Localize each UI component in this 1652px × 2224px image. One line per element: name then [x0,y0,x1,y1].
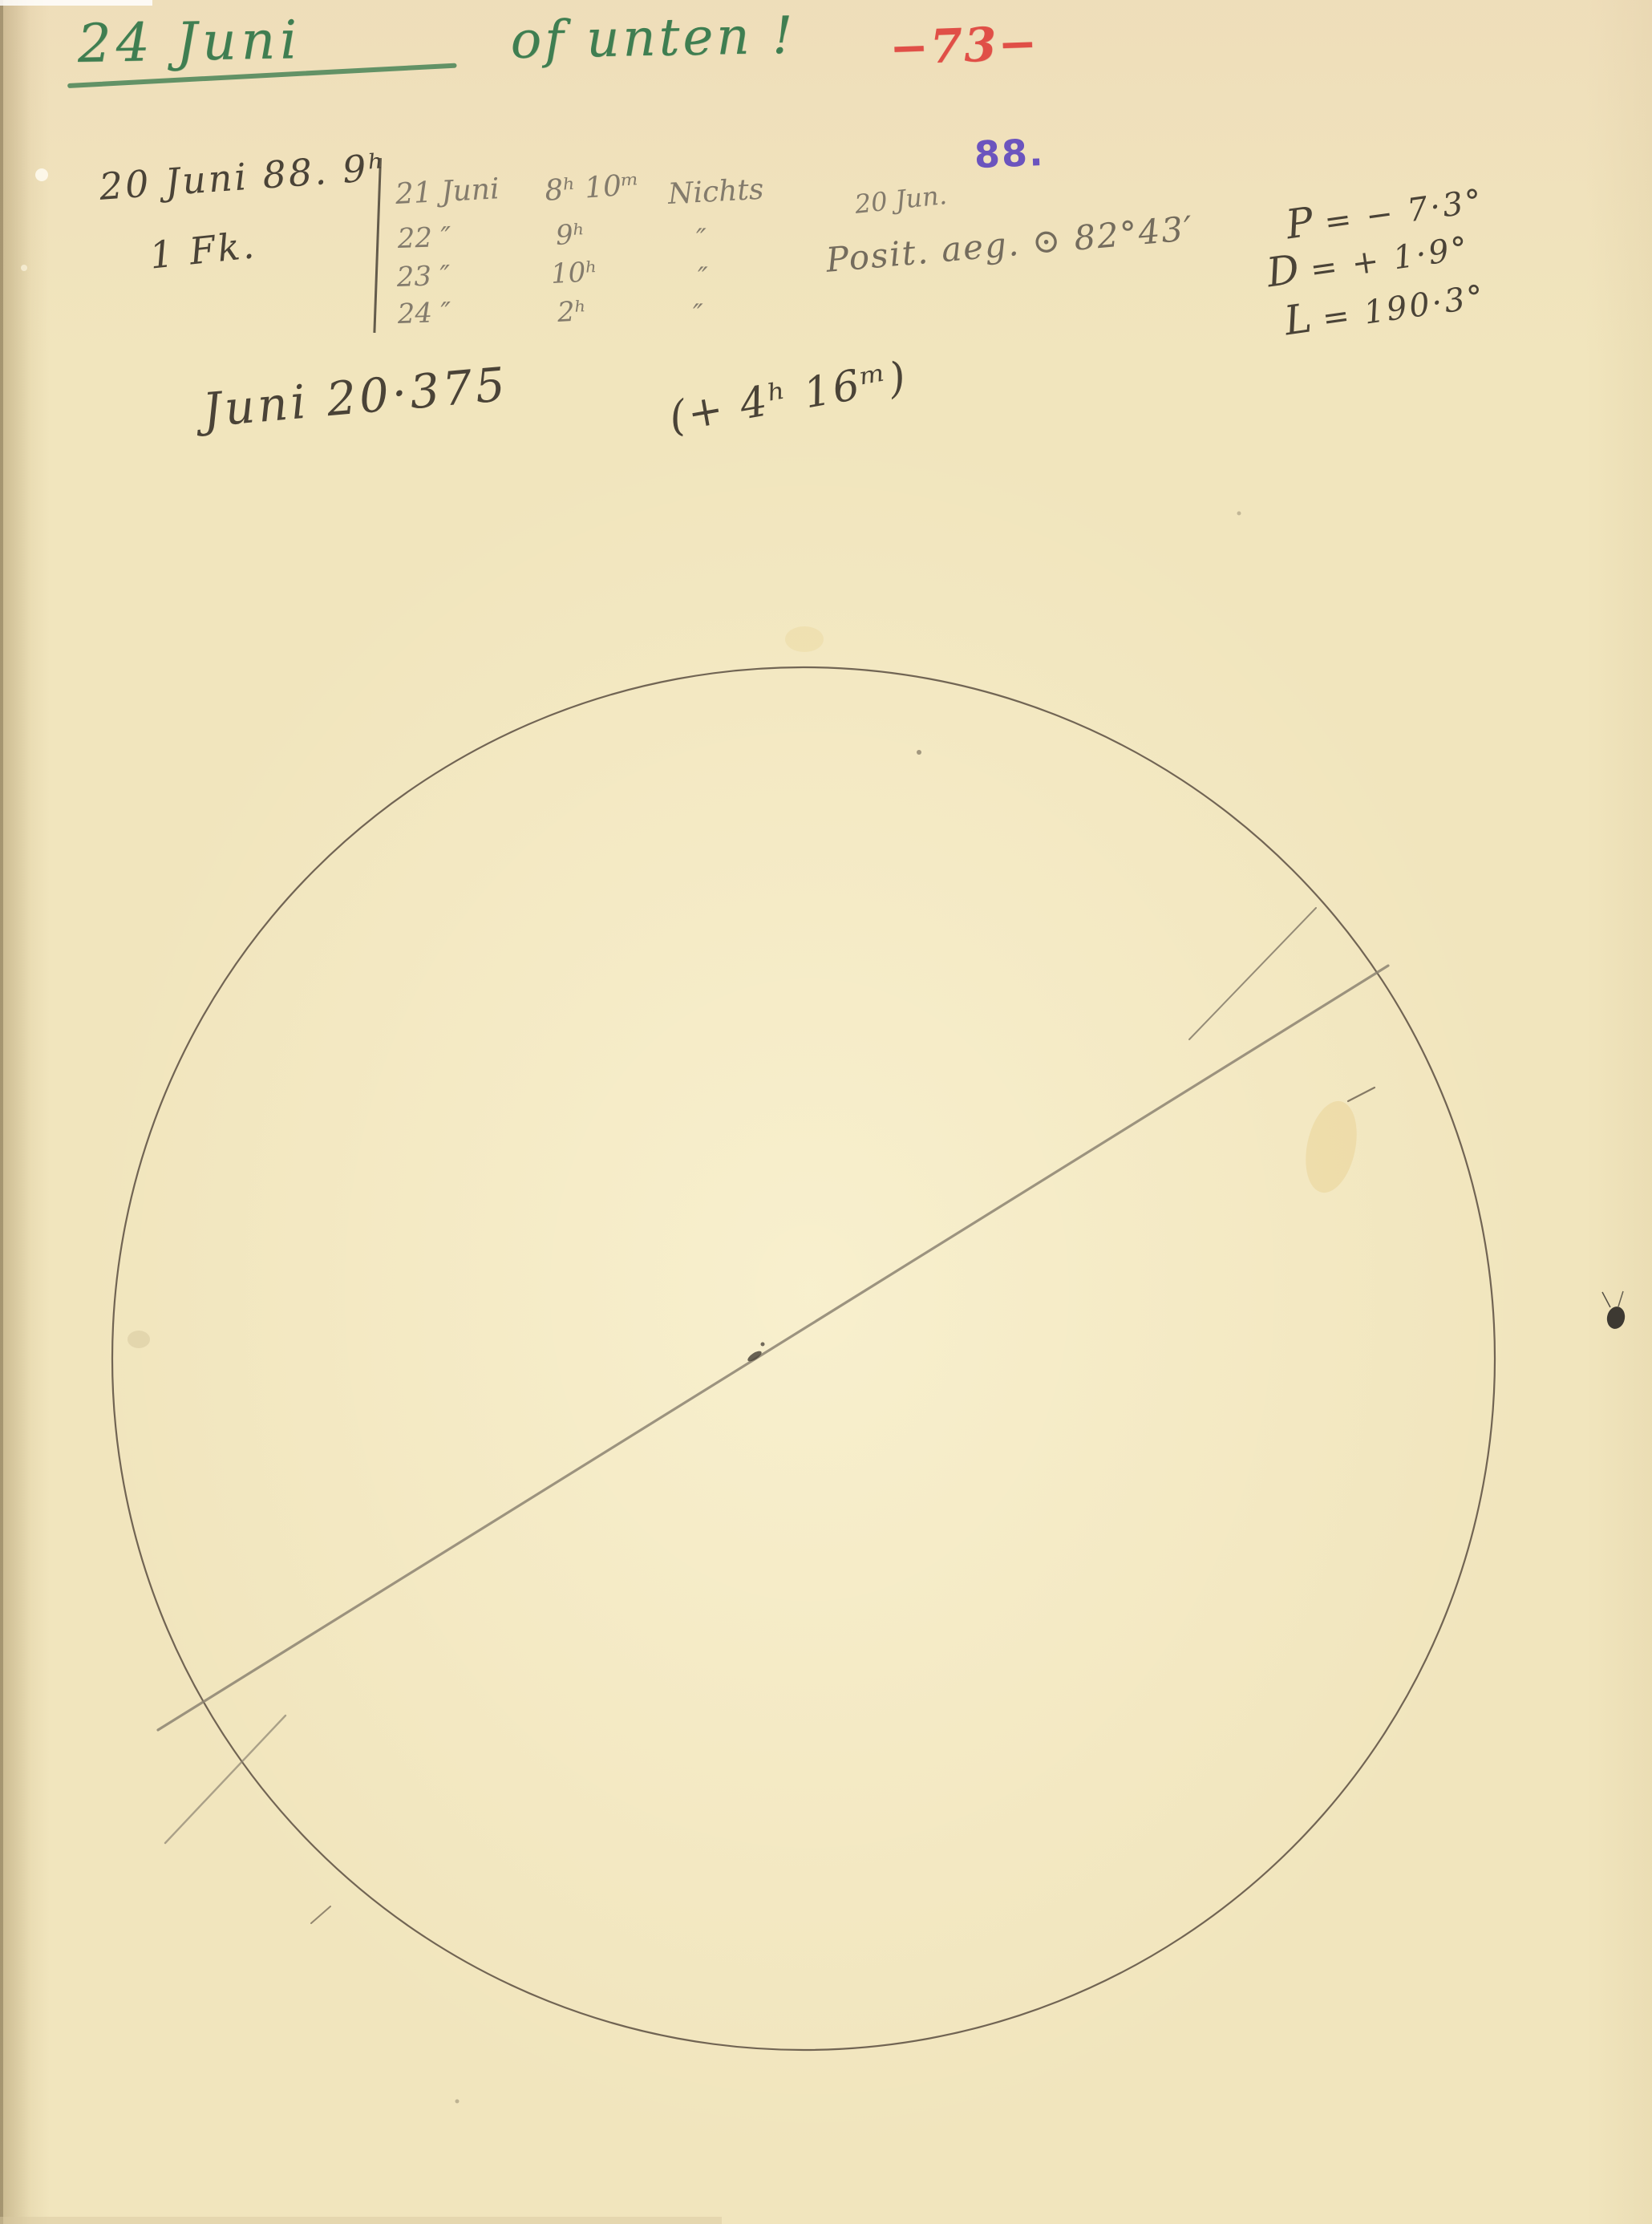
scanned-page: 24 Juni of unten ! −73− 88. 20 Juni 88. … [0,0,1652,2224]
centre-spot-dot [761,1343,765,1347]
log-row-date: 23 ″ [396,260,451,294]
paper-stain [1298,1096,1365,1197]
ink-blot-hair [1602,1292,1610,1307]
log-row-time: 2ʰ [557,295,587,329]
paper-chip-small [21,265,27,271]
log-row-date: 21 Juni [395,172,500,211]
solar-element-label: D [1264,245,1302,296]
header-date-crayon: 24 Juni [77,9,302,75]
limb-stroke-upper-right [1189,908,1316,1039]
log-row-date: 24 ″ [397,297,451,330]
solar-element-label: L [1282,294,1314,344]
log-row-time: 8ʰ 10ᵐ [544,168,640,208]
log-row-time: 9ʰ [555,218,585,252]
limb-tick-right [1348,1088,1375,1101]
log-row-time: 10ʰ [550,256,598,290]
log-row-result: ″ [698,261,708,294]
log-row-result: ″ [696,223,707,255]
paper-smudge [128,1331,150,1348]
paper-stain-small [785,626,824,652]
log-row-result: Nichts [667,173,764,211]
scan-top-sliver [0,0,152,6]
paper-speck [917,750,921,755]
page-left-shade [0,0,30,2224]
limb-tick-lower [311,1906,330,1923]
solar-disk-sketch [0,0,1652,2224]
header-note-crayon: of unten ! [510,6,796,71]
stamp-number: 88. [974,131,1045,176]
ink-blot [1605,1305,1626,1331]
paper-speck [1237,512,1241,516]
paper-speck [456,2100,460,2104]
diagonal-chord-line [158,966,1388,1730]
header-page-number: −73− [889,16,1039,75]
ink-blot-hair [1618,1291,1623,1306]
solar-disk-circle [112,667,1495,2050]
log-row-result: ″ [693,298,703,330]
limb-stroke-lower-left [165,1716,285,1843]
log-row-date: 22 ″ [397,221,451,255]
paper-chip [35,168,48,181]
page-bottom-shade [0,2217,722,2224]
solar-element-label: P [1283,198,1316,248]
